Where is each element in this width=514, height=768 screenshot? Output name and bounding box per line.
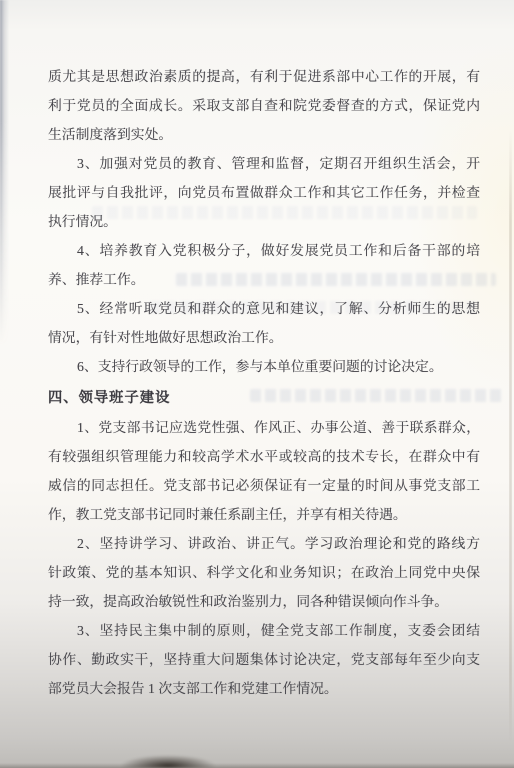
text-line: 执行情况。 [48, 207, 480, 236]
document-text: 质尤其是思想政治素质的提高，有利于促进系部中心工作的开展，有 利于党员的全面成长… [48, 62, 480, 703]
paper-page: 质尤其是思想政治素质的提高，有利于促进系部中心工作的开展，有 利于党员的全面成长… [0, 0, 514, 768]
text-line: 针政策、党的基本知识、科学文化和业务知识；在政治上同党中央保 [48, 558, 480, 587]
text-line: 4、培养教育入党积极分子，做好发展党员工作和后备干部的培 [48, 236, 480, 265]
text-line: 质尤其是思想政治素质的提高，有利于促进系部中心工作的开展，有 [48, 62, 480, 91]
text-line: 展批评与自我批评，向党员布置做群众工作和其它工作任务，并检查 [48, 178, 480, 207]
text-line: 3、坚持民主集中制的原则，健全党支部工作制度，支委会团结 [48, 616, 480, 645]
text-line: 2、坚持讲学习、讲政治、讲正气。学习政治理论和党的路线方 [48, 529, 480, 558]
photo-of-document: 质尤其是思想政治素质的提高，有利于促进系部中心工作的开展，有 利于党员的全面成长… [0, 0, 514, 768]
text-line: 生活制度落到实处。 [48, 120, 480, 149]
text-line: 利于党员的全面成长。采取支部自查和院党委督查的方式，保证党内 [48, 91, 480, 120]
text-line: 有较强组织管理能力和较高学术水平或较高的技术专长，在群众中有 [48, 442, 480, 471]
text-line: 3、加强对党员的教育、管理和监督，定期召开组织生活会，开 [48, 149, 480, 178]
text-line: 协作、勤政实干，坚持重大问题集体讨论决定，党支部每年至少向支 [48, 645, 480, 674]
page-right-edge [509, 130, 512, 743]
text-line: 部党员大会报告 1 次支部工作和党建工作情况。 [48, 674, 480, 703]
page-left-edge [0, 0, 9, 345]
text-line: 情况，有针对性地做好思想政治工作。 [48, 323, 480, 352]
paper-bottom-shade [0, 763, 514, 768]
text-line: 养、推荐工作。 [48, 265, 480, 294]
text-line: 6、支持行政领导的工作，参与本单位重要问题的讨论决定。 [48, 352, 480, 381]
text-line: 作，教工党支部书记同时兼任系副主任，并享有相关待遇。 [48, 500, 480, 529]
text-line: 威信的同志担任。党支部书记必须保证有一定量的时间从事党支部工 [48, 471, 480, 500]
text-line: 5、经常听取党员和群众的意见和建议，了解、分析师生的思想 [48, 294, 480, 323]
section-heading: 四、领导班子建设 [48, 384, 480, 413]
text-line: 持一致，提高政治敏锐性和政治鉴别力，同各种错误倾向作斗争。 [48, 587, 480, 616]
text-line: 1、党支部书记应选党性强、作风正、办事公道、善于联系群众， [48, 413, 480, 442]
